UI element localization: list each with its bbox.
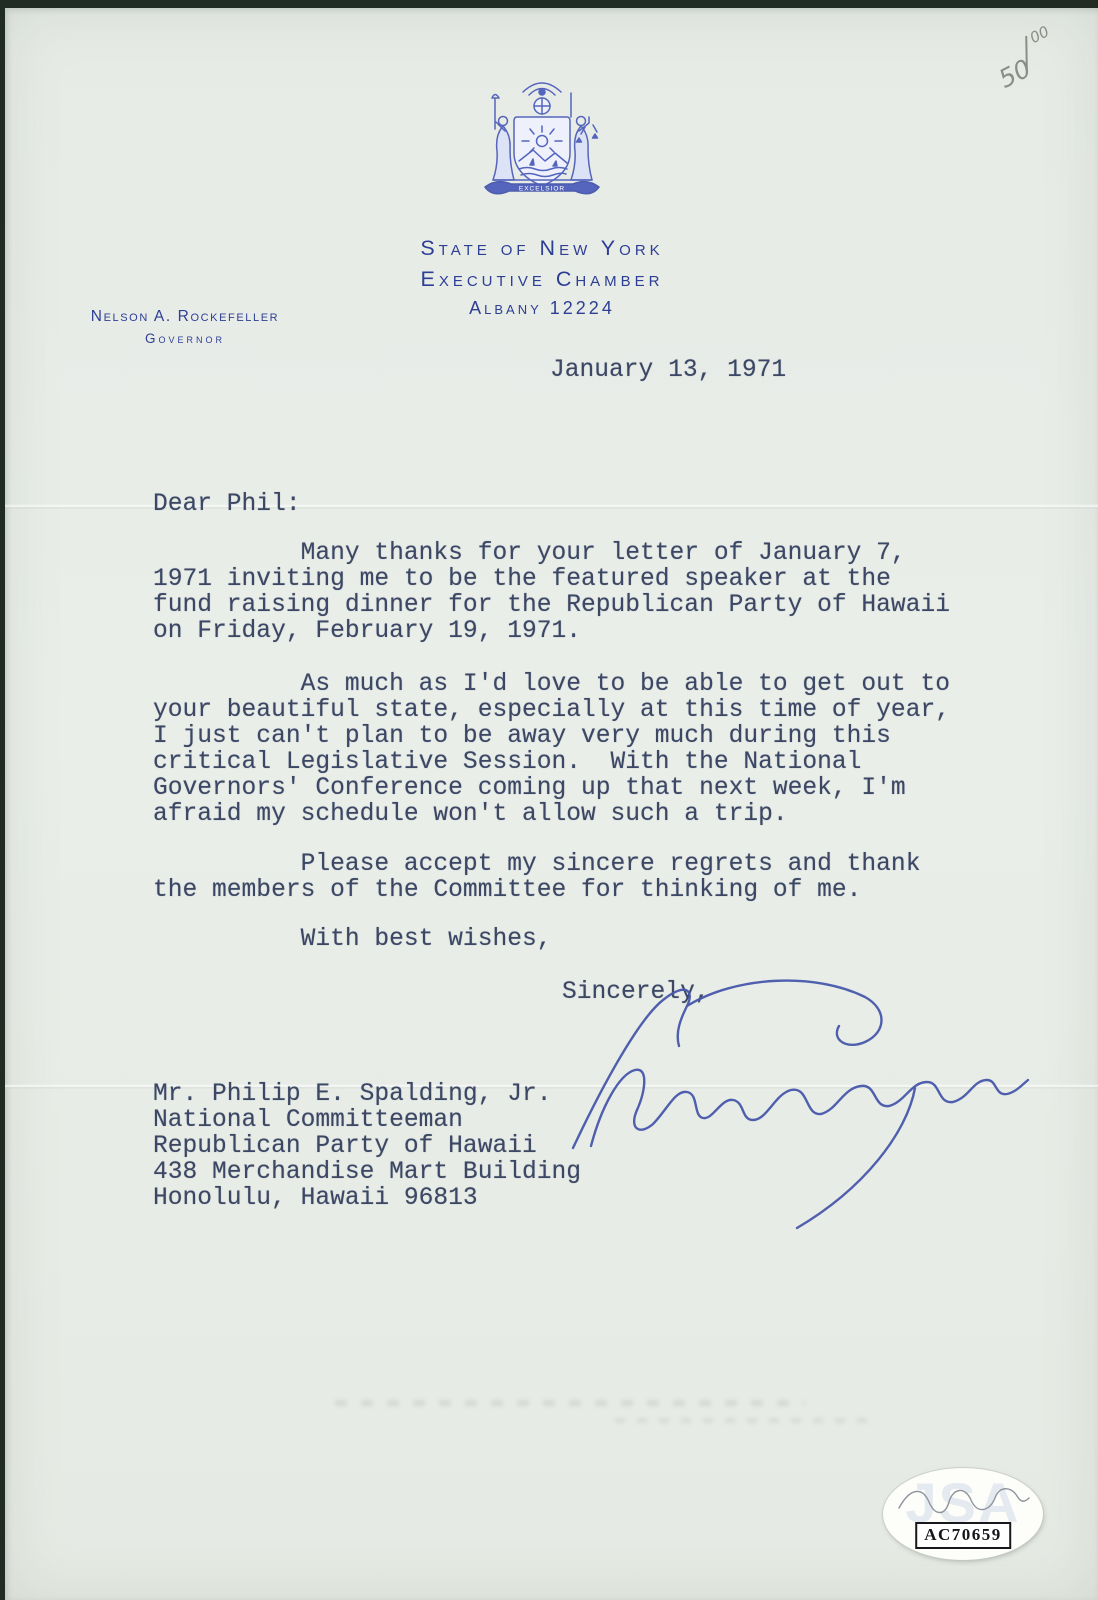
jsa-signature-scrawl bbox=[893, 1476, 1033, 1522]
seal-justice-figure bbox=[577, 117, 586, 126]
jsa-authentication-sticker: JSA AC70659 bbox=[883, 1468, 1043, 1560]
letter-salutation: Dear Phil: bbox=[153, 492, 301, 518]
letter-paragraph-1: Many thanks for your letter of January 7… bbox=[153, 541, 950, 645]
letter-paragraph-2: As much as I'd love to be able to get ou… bbox=[153, 672, 950, 828]
letter-date: January 13, 1971 bbox=[550, 358, 786, 384]
letterhead-sender-name: Nelson A. Rockefeller bbox=[63, 308, 307, 326]
ny-state-seal: EXCELSIOR bbox=[467, 76, 617, 220]
letter-paragraph-3: Please accept my sincere regrets and tha… bbox=[153, 852, 920, 904]
rockefeller-signature bbox=[535, 940, 1035, 1232]
seal-motto-text: EXCELSIOR bbox=[519, 186, 565, 193]
bleed-through-mark bbox=[335, 1400, 805, 1406]
pencil-note-amount: 50 bbox=[994, 53, 1036, 93]
pencil-note-cents: 00 bbox=[1027, 22, 1052, 47]
scanned-letter: 50 00 bbox=[0, 0, 1098, 1600]
letter-best-wishes-line: With best wishes, bbox=[153, 927, 551, 953]
letter-paper: 50 00 bbox=[5, 8, 1098, 1600]
recipient-address-block: Mr. Philip E. Spalding, Jr. National Com… bbox=[153, 1082, 581, 1212]
letterhead-office-line-1: State of New York bbox=[302, 236, 782, 261]
jsa-cert-number: AC70659 bbox=[915, 1522, 1011, 1549]
bleed-through-mark bbox=[615, 1418, 875, 1423]
letterhead-sender-title: Governor bbox=[63, 331, 307, 346]
letterhead-office-line-2: Executive Chamber bbox=[302, 267, 782, 292]
pencil-price-note: 50 00 bbox=[985, 16, 1087, 105]
seal-liberty-figure bbox=[499, 117, 508, 126]
pencil-note-slash-stroke bbox=[1025, 36, 1028, 74]
letterhead-office-line-3: Albany 12224 bbox=[302, 298, 782, 319]
